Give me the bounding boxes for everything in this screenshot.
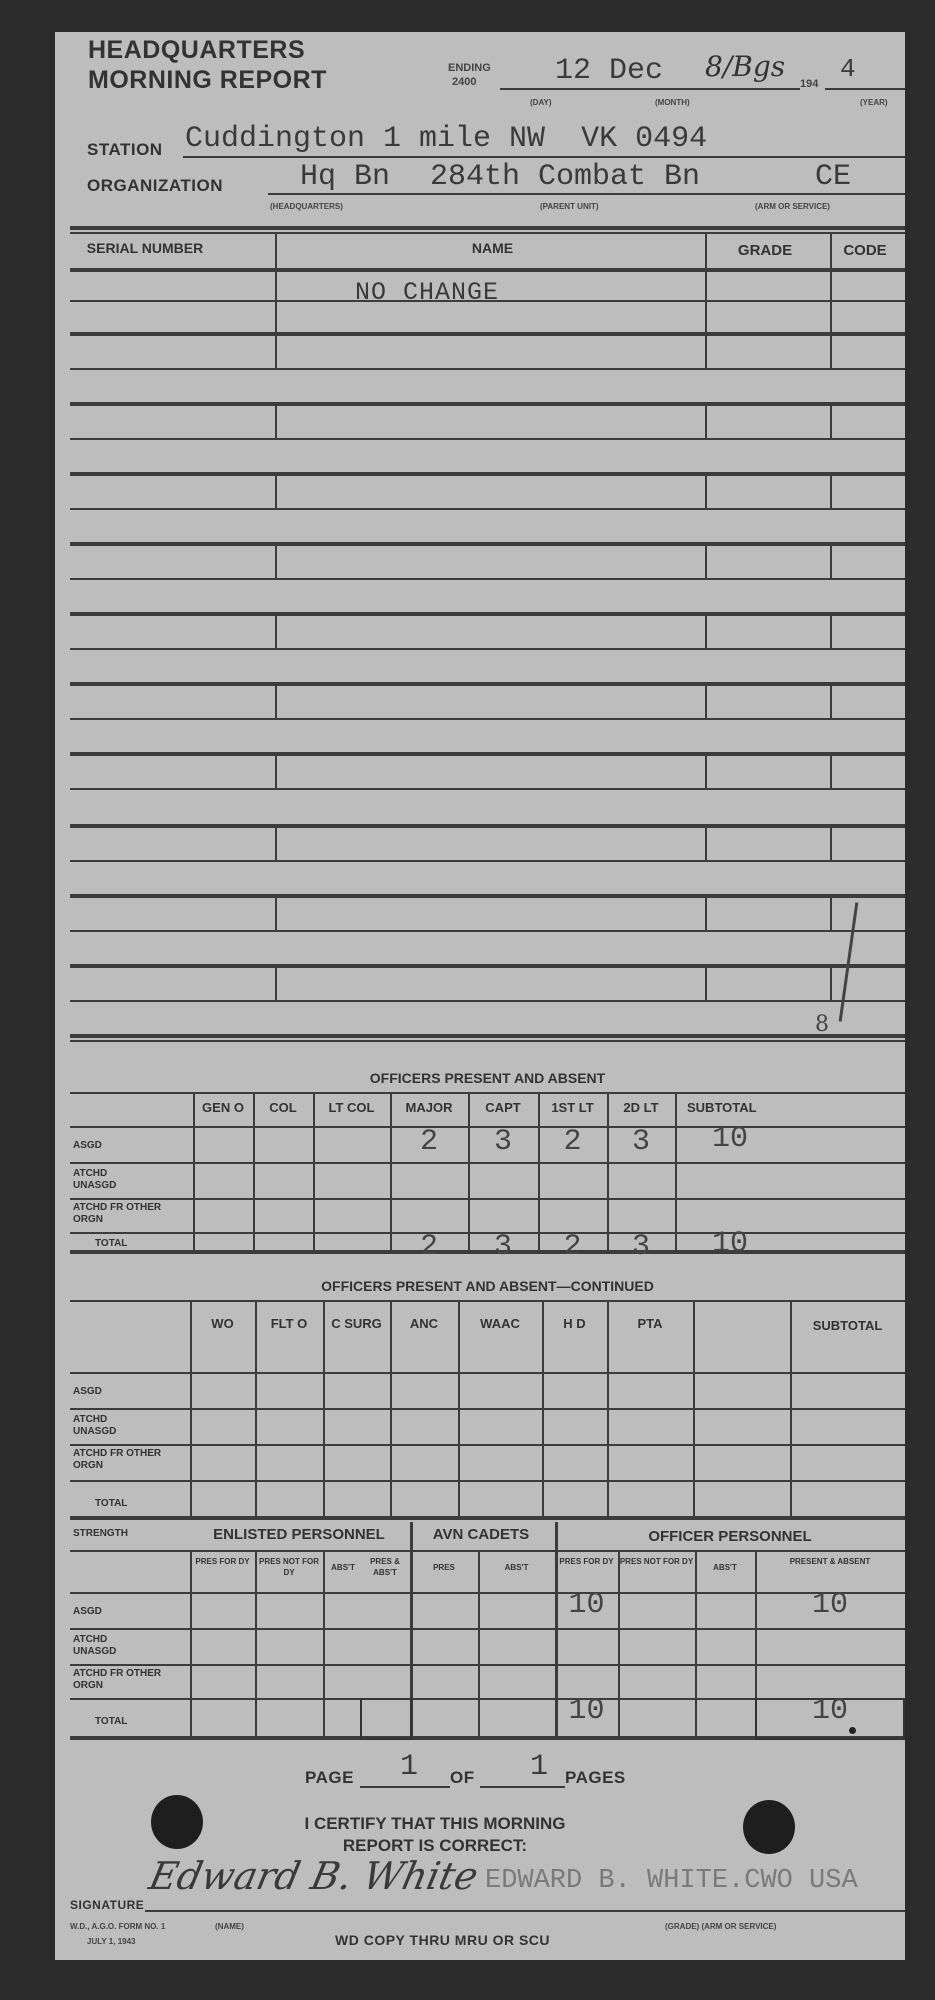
roster-line xyxy=(70,578,905,580)
group-enlisted-personnel: ENLISTED PERSONNEL xyxy=(190,1526,408,1543)
col-divider xyxy=(323,1550,325,1738)
col-gen-o: GEN O xyxy=(193,1100,253,1115)
col-subtotal: SUBTOTAL xyxy=(790,1318,905,1333)
of-label: OF xyxy=(450,1768,475,1788)
col-2d-lt: 2D LT xyxy=(607,1100,675,1115)
roster-line xyxy=(70,718,905,720)
col-waac: WAAC xyxy=(458,1316,542,1331)
hq-caption: (HEADQUARTERS) xyxy=(270,202,343,211)
roster-line xyxy=(70,368,905,370)
roster-divider xyxy=(830,966,832,1000)
col-c-surg: C SURG xyxy=(323,1316,390,1331)
roster-divider xyxy=(705,334,707,368)
col-flt-o: FLT O xyxy=(255,1316,323,1331)
station-underline xyxy=(183,156,905,158)
roster-divider xyxy=(705,684,707,718)
enl-total-box xyxy=(360,1698,412,1740)
roster-line xyxy=(70,472,905,476)
officers-section-title: OFFICERS PRESENT AND ABSENT xyxy=(70,1070,905,1086)
total-1st-lt[interactable]: 2 xyxy=(538,1230,607,1264)
report-date-handwritten: 8/Bgs xyxy=(705,50,785,83)
row-rule xyxy=(70,1480,905,1482)
row-label-asgd: ASGD xyxy=(73,1140,102,1152)
total-capt[interactable]: 3 xyxy=(468,1230,538,1264)
name-caption: (NAME) xyxy=(215,1922,244,1931)
officers-col-divider xyxy=(538,1092,540,1250)
roster-divider xyxy=(830,474,832,508)
roster-line xyxy=(70,508,905,510)
routing-note: WD COPY THRU MRU OR SCU xyxy=(335,1932,550,1948)
roster-line xyxy=(70,648,905,650)
roster-line xyxy=(70,860,905,862)
station-label: STATION xyxy=(87,140,163,160)
col-code: CODE xyxy=(825,242,905,259)
col-major: MAJOR xyxy=(390,1100,468,1115)
roster-divider xyxy=(830,334,832,368)
date-underline xyxy=(500,88,800,90)
day-caption: (DAY) xyxy=(530,98,551,107)
punch-hole-left xyxy=(151,1795,203,1849)
officers-col-divider xyxy=(468,1092,470,1250)
roster-entry[interactable]: NO CHANGE xyxy=(355,278,499,307)
officers-col-divider xyxy=(253,1092,255,1250)
col-anc: ANC xyxy=(390,1316,458,1331)
roster-divider xyxy=(830,684,832,718)
strength-label: STRENGTH xyxy=(73,1528,128,1540)
officers-col-divider xyxy=(193,1092,195,1250)
total-pages-underline xyxy=(480,1786,565,1788)
col-serial-number: SERIAL NUMBER xyxy=(70,240,220,256)
col-enl-pres-not-for-dy: PRES NOT FOR DY xyxy=(255,1556,323,1578)
station-value: Cuddington 1 mile NW VK 0494 xyxy=(185,122,707,156)
roster-divider xyxy=(705,404,707,438)
col-name: NAME xyxy=(280,240,705,256)
organization-label: ORGANIZATION xyxy=(87,176,223,196)
officers-continued-title: OFFICERS PRESENT AND ABSENT—CONTINUED xyxy=(70,1278,905,1294)
col-off-pres-for-dy: PRES FOR DY xyxy=(555,1556,618,1567)
certify-line2: REPORT IS CORRECT: xyxy=(255,1836,615,1856)
page-label: PAGE xyxy=(305,1768,354,1788)
typed-signature: EDWARD B. WHITE.CWO USA xyxy=(485,1866,858,1896)
morning-report-form: HEADQUARTERS MORNING REPORT ENDING 2400 … xyxy=(55,32,905,1960)
roster-divider xyxy=(705,896,707,930)
grade-caption: (GRADE) (ARM OR SERVICE) xyxy=(665,1922,776,1931)
roster-divider xyxy=(275,754,277,788)
page-underline xyxy=(360,1786,450,1788)
col-wo: WO xyxy=(190,1316,255,1331)
row-label-total: TOTAL xyxy=(95,1716,127,1728)
roster-divider xyxy=(705,966,707,1000)
officers-col-divider xyxy=(607,1092,609,1250)
roster-divider xyxy=(275,232,277,332)
roster-divider xyxy=(830,896,832,930)
margin-mark: 8 xyxy=(815,1012,829,1037)
row-rule xyxy=(70,1628,905,1630)
certify-line1: I CERTIFY THAT THIS MORNING xyxy=(255,1814,615,1834)
roster-line xyxy=(70,964,905,968)
form-title-line2: MORNING REPORT xyxy=(88,66,327,94)
asgd-major[interactable]: 2 xyxy=(390,1125,468,1159)
row-rule xyxy=(70,1408,905,1410)
col-divider xyxy=(190,1550,192,1738)
row-label-total: TOTAL xyxy=(95,1238,127,1250)
page-number: 1 xyxy=(400,1750,418,1784)
signature-underline xyxy=(145,1910,905,1912)
row-label-asgd: ASGD xyxy=(73,1606,102,1618)
year-caption: (YEAR) xyxy=(860,98,888,107)
roster-divider xyxy=(705,614,707,648)
officers-continued-rule xyxy=(70,1300,905,1302)
roster-top-rule xyxy=(70,226,905,230)
asgd-capt[interactable]: 3 xyxy=(468,1125,538,1159)
roster-line xyxy=(70,542,905,546)
roster-line xyxy=(70,752,905,756)
officers-col-divider xyxy=(313,1092,315,1250)
col-divider xyxy=(478,1550,480,1738)
roster-line xyxy=(70,300,905,302)
row-label-atchd-unasgd: ATCHD UNASGD xyxy=(73,1414,143,1438)
ending-label: ENDING xyxy=(448,62,491,74)
asgd-1st-lt[interactable]: 2 xyxy=(538,1125,607,1159)
month-caption: (MONTH) xyxy=(655,98,690,107)
col-divider xyxy=(695,1550,697,1738)
year-prefix: 194 xyxy=(800,78,818,90)
col-capt: CAPT xyxy=(468,1100,538,1115)
row-rule xyxy=(70,1664,905,1666)
col-grade: GRADE xyxy=(710,242,820,259)
roster-divider xyxy=(275,474,277,508)
col-divider xyxy=(618,1550,620,1738)
col-lt-col: LT COL xyxy=(313,1100,390,1115)
pen-stroke-mark xyxy=(839,902,859,1021)
dot-mark xyxy=(849,1727,856,1734)
report-year-digit: 4 xyxy=(840,54,856,84)
roster-divider xyxy=(275,966,277,1000)
total-major[interactable]: 2 xyxy=(390,1230,468,1264)
ending-time: 2400 xyxy=(452,76,476,88)
row-label-atchd-fr-other-orgn: ATCHD FR OTHER ORGN xyxy=(73,1448,173,1472)
officers-row-rule xyxy=(70,1198,905,1200)
organization-parent-unit: 284th Combat Bn xyxy=(430,160,700,194)
roster-line xyxy=(70,1000,905,1002)
punch-hole-right xyxy=(743,1800,795,1854)
col-cadets-abst: ABS'T xyxy=(478,1562,555,1573)
parent-unit-caption: (PARENT UNIT) xyxy=(540,202,599,211)
col-subtotal: SUBTOTAL xyxy=(675,1100,917,1115)
total-pages: 1 xyxy=(530,1750,548,1784)
col-cadets-pres: PRES xyxy=(410,1562,478,1573)
roster-divider xyxy=(275,334,277,368)
roster-line xyxy=(70,438,905,440)
col-off-abst: ABS'T xyxy=(695,1562,755,1573)
col-enl-abst: ABS'T xyxy=(323,1562,363,1573)
report-date-typed: 12 Dec xyxy=(555,54,663,88)
total-2d-lt[interactable]: 3 xyxy=(607,1230,675,1264)
form-title-line1: HEADQUARTERS xyxy=(88,36,305,64)
officers-col-divider xyxy=(390,1092,392,1250)
row-label-total: TOTAL xyxy=(95,1498,127,1510)
year-underline xyxy=(825,88,905,90)
bottom-rule xyxy=(70,1516,905,1520)
col-1st-lt: 1ST LT xyxy=(538,1100,607,1115)
roster-divider xyxy=(275,896,277,930)
total-off-present-and-absent[interactable]: 10 xyxy=(755,1694,905,1728)
group-avn-cadets: AVN CADETS xyxy=(410,1526,552,1543)
row-label-atchd-unasgd: ATCHD UNASGD xyxy=(73,1634,143,1658)
organization-hq: Hq Bn xyxy=(300,160,390,194)
row-label-atchd-fr-other-orgn: ATCHD FR OTHER ORGN xyxy=(73,1668,173,1692)
roster-divider xyxy=(830,232,832,332)
roster-line xyxy=(70,930,905,932)
total-subtotal[interactable]: 10 xyxy=(675,1227,785,1261)
col-enl-pres-and-abst: PRES & ABS'T xyxy=(360,1556,410,1578)
row-label-atchd-fr-other-orgn: ATCHD FR OTHER ORGN xyxy=(73,1202,173,1226)
row-rule xyxy=(70,1444,905,1446)
roster-line xyxy=(70,332,905,336)
pages-label: PAGES xyxy=(565,1768,626,1788)
roster-divider xyxy=(275,684,277,718)
roster-divider xyxy=(705,826,707,860)
asgd-subtotal[interactable]: 10 xyxy=(675,1122,785,1156)
roster-divider xyxy=(275,404,277,438)
asgd-2d-lt[interactable]: 3 xyxy=(607,1125,675,1159)
form-id-line2: JULY 1, 1943 xyxy=(87,1937,135,1946)
asgd-off-present-and-absent[interactable]: 10 xyxy=(755,1588,905,1622)
officers-row-rule xyxy=(70,1162,905,1164)
roster-divider xyxy=(830,544,832,578)
roster-line xyxy=(70,612,905,616)
group-officer-personnel: OFFICER PERSONNEL xyxy=(555,1528,905,1545)
strength-rule xyxy=(70,1550,905,1552)
roster-divider xyxy=(830,404,832,438)
roster-line xyxy=(70,824,905,828)
officers-rule xyxy=(70,1092,905,1094)
roster-divider xyxy=(705,544,707,578)
asgd-off-pres-for-dy[interactable]: 10 xyxy=(555,1588,618,1622)
row-label-asgd: ASGD xyxy=(73,1386,102,1398)
roster-line xyxy=(70,894,905,898)
roster-line xyxy=(70,788,905,790)
roster-line xyxy=(70,1040,905,1042)
roster-divider xyxy=(275,544,277,578)
col-divider xyxy=(255,1550,257,1738)
col-off-present-and-absent: PRESENT & ABSENT xyxy=(755,1556,905,1567)
signature-label: SIGNATURE xyxy=(70,1898,144,1912)
col-col: COL xyxy=(253,1100,313,1115)
organization-underline xyxy=(268,193,905,195)
row-rule xyxy=(70,1372,905,1374)
organization-arm: CE xyxy=(815,160,851,194)
arm-caption: (ARM OR SERVICE) xyxy=(755,202,830,211)
col-pta: PTA xyxy=(607,1316,693,1331)
roster-divider xyxy=(275,614,277,648)
roster-divider xyxy=(830,614,832,648)
roster-divider xyxy=(830,754,832,788)
roster-divider xyxy=(705,232,707,332)
roster-divider xyxy=(705,754,707,788)
col-enl-pres-for-dy: PRES FOR DY xyxy=(190,1556,255,1567)
total-off-pres-for-dy[interactable]: 10 xyxy=(555,1694,618,1728)
roster-line xyxy=(70,402,905,406)
col-off-pres-not-for-dy: PRES NOT FOR DY xyxy=(618,1556,695,1567)
row-label-atchd-unasgd: ATCHD UNASGD xyxy=(73,1168,143,1192)
roster-divider xyxy=(830,826,832,860)
roster-divider xyxy=(275,826,277,860)
roster-line xyxy=(70,682,905,686)
roster-top-rule-2 xyxy=(70,232,905,234)
roster-divider xyxy=(705,474,707,508)
roster-line xyxy=(70,1034,905,1038)
handwritten-signature[interactable]: Edward B. White xyxy=(145,1854,482,1898)
roster-header-rule xyxy=(70,268,905,272)
col-h-d: H D xyxy=(542,1316,607,1331)
form-id-line1: W.D., A.G.O. FORM NO. 1 xyxy=(70,1922,165,1931)
